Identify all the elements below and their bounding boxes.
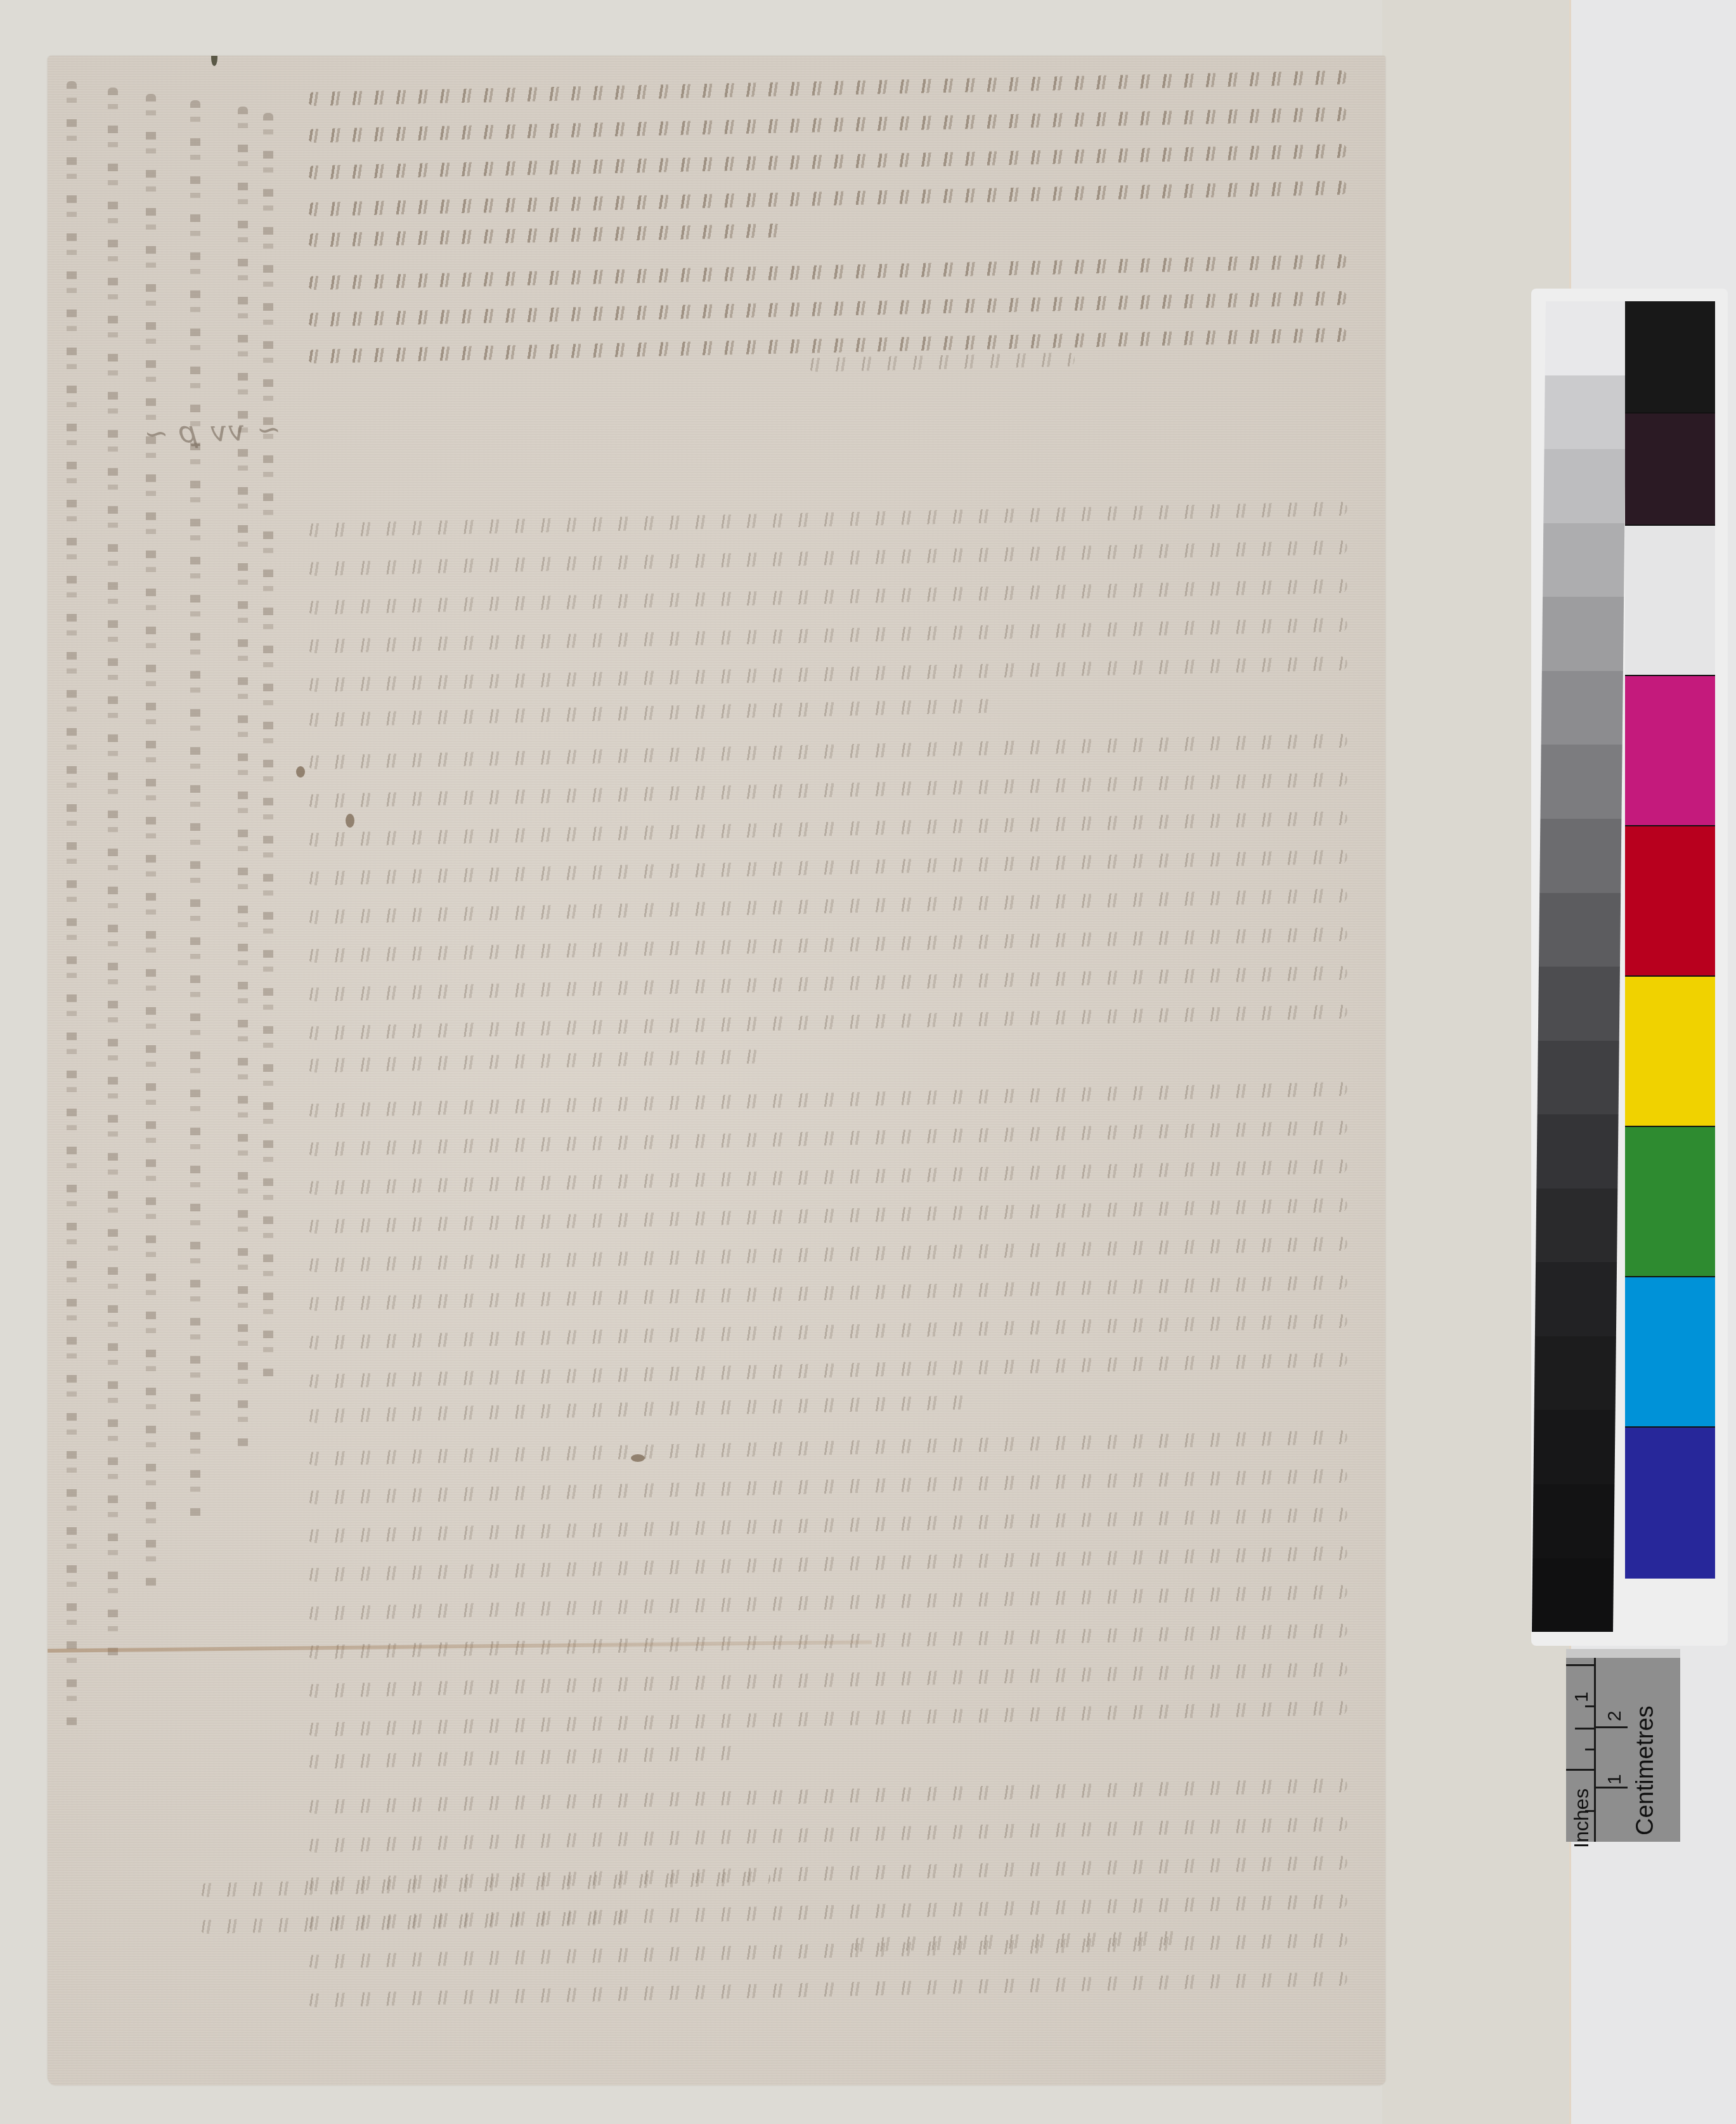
color-patch-yellow bbox=[1625, 977, 1715, 1127]
folio-number: 20 bbox=[758, 2082, 809, 2085]
inch-tick bbox=[1566, 1769, 1594, 1771]
ruler-divider bbox=[1594, 1658, 1596, 1842]
handwriting-line bbox=[308, 618, 1347, 653]
handwriting-line bbox=[308, 656, 1347, 692]
handwriting-line bbox=[308, 1005, 1347, 1040]
inch-tick bbox=[1585, 1749, 1594, 1750]
handwriting-line bbox=[308, 1430, 1347, 1466]
scale-ruler: 1 2 1 Inches Centimetres bbox=[1566, 1649, 1680, 1842]
ink-blot bbox=[346, 814, 354, 828]
handwriting-line bbox=[308, 1082, 1347, 1117]
gray-step bbox=[1532, 1484, 1614, 1558]
gray-step bbox=[1542, 597, 1624, 671]
handwriting-line bbox=[308, 1933, 1347, 1969]
cm-tick bbox=[1596, 1726, 1628, 1728]
handwriting-line bbox=[308, 1237, 1347, 1272]
inches-label: Inches bbox=[1570, 1788, 1593, 1848]
margin-note-column bbox=[146, 94, 156, 1591]
inches-tick-label: 1 bbox=[1571, 1691, 1593, 1702]
color-patch-white bbox=[1625, 526, 1715, 676]
gray-step bbox=[1545, 301, 1627, 375]
handwriting-line bbox=[308, 1314, 1347, 1350]
gray-step bbox=[1541, 671, 1623, 745]
cm-tick-label-1: 1 bbox=[1604, 1774, 1626, 1785]
ink-blot bbox=[631, 1454, 645, 1462]
manuscript-page: ~ vv ꝑ ~ 20 bbox=[48, 56, 1385, 2085]
handwriting-line bbox=[308, 734, 1347, 769]
left-margin-notes bbox=[48, 56, 298, 2085]
handwriting-line bbox=[308, 772, 1347, 808]
margin-note-column bbox=[263, 113, 273, 1381]
handwriting-line bbox=[308, 291, 1347, 327]
gray-step bbox=[1536, 1189, 1617, 1263]
color-patch-dark-purple bbox=[1625, 414, 1715, 526]
handwriting-line bbox=[308, 1508, 1347, 1543]
handwriting-line bbox=[308, 1159, 1347, 1195]
margin-note-column bbox=[190, 100, 200, 1521]
handwriting-line bbox=[308, 223, 782, 247]
handwriting-line bbox=[308, 966, 1347, 1001]
cm-tick bbox=[1596, 1787, 1628, 1788]
centimetres-label: Centimetres bbox=[1632, 1705, 1659, 1835]
handwriting-line bbox=[808, 353, 1075, 372]
color-patch-magenta bbox=[1625, 676, 1715, 826]
inch-tick bbox=[1575, 1728, 1594, 1730]
gray-step bbox=[1539, 893, 1621, 967]
gray-step bbox=[1543, 449, 1625, 523]
handwriting-line bbox=[308, 811, 1347, 847]
handwriting-line bbox=[308, 1121, 1347, 1156]
gray-step bbox=[1538, 967, 1620, 1041]
handwriting-line bbox=[308, 1050, 760, 1073]
handwriting-line bbox=[308, 850, 1347, 885]
handwriting-line bbox=[308, 1275, 1347, 1311]
color-calibration-target bbox=[1531, 289, 1728, 1646]
gray-step bbox=[1540, 745, 1622, 819]
margin-note-column bbox=[238, 107, 248, 1451]
color-patch-strip bbox=[1625, 301, 1715, 1632]
handwriting-line bbox=[308, 502, 1347, 537]
handwriting-line bbox=[308, 1469, 1347, 1504]
gray-step bbox=[1538, 1041, 1619, 1115]
salutation-line: ~ vv ꝑ ~ bbox=[142, 412, 282, 451]
gray-step bbox=[1534, 1336, 1616, 1411]
handwriting-line bbox=[308, 254, 1347, 290]
gray-step bbox=[1532, 1558, 1614, 1632]
handwriting-line bbox=[308, 1546, 1347, 1582]
handwriting-line bbox=[308, 540, 1347, 576]
handwriting-line bbox=[308, 70, 1347, 106]
inch-tick bbox=[1566, 1664, 1594, 1666]
handwriting-line bbox=[308, 927, 1347, 963]
color-patch-red bbox=[1625, 826, 1715, 977]
handwriting-line bbox=[308, 107, 1347, 143]
color-patch-black bbox=[1625, 301, 1715, 414]
margin-note-column bbox=[108, 88, 118, 1660]
handwriting-line bbox=[308, 144, 1347, 179]
ink-blot bbox=[296, 766, 305, 778]
color-patch-green bbox=[1625, 1127, 1715, 1277]
handwriting-line bbox=[308, 1817, 1347, 1853]
handwriting-line bbox=[308, 1972, 1347, 2007]
letter-body bbox=[288, 56, 1360, 2085]
handwriting-line bbox=[308, 699, 993, 727]
gray-step bbox=[1543, 523, 1624, 597]
handwriting-line bbox=[308, 1746, 739, 1769]
grayscale-strip bbox=[1532, 301, 1627, 1632]
gray-step bbox=[1533, 1410, 1615, 1484]
color-patch-cyan bbox=[1625, 1277, 1715, 1428]
handwriting-line bbox=[308, 1778, 1347, 1814]
handwriting-line bbox=[308, 1395, 971, 1423]
gray-step bbox=[1545, 375, 1626, 450]
gray-step bbox=[1536, 1114, 1618, 1189]
handwriting-line bbox=[308, 579, 1347, 615]
handwriting-line bbox=[308, 181, 1347, 216]
handwriting-line bbox=[308, 1353, 1347, 1388]
gray-step bbox=[1535, 1262, 1617, 1336]
handwriting-line bbox=[308, 1198, 1347, 1234]
color-patch-blue bbox=[1625, 1428, 1715, 1579]
handwriting-line bbox=[308, 889, 1347, 924]
handwriting-line bbox=[308, 1662, 1347, 1698]
cm-tick-label-2: 2 bbox=[1604, 1710, 1626, 1721]
inch-tick bbox=[1585, 1705, 1594, 1707]
margin-note-column bbox=[67, 81, 77, 1730]
handwriting-line bbox=[308, 1701, 1347, 1736]
gray-step bbox=[1539, 819, 1621, 893]
handwriting-line bbox=[308, 1585, 1347, 1620]
